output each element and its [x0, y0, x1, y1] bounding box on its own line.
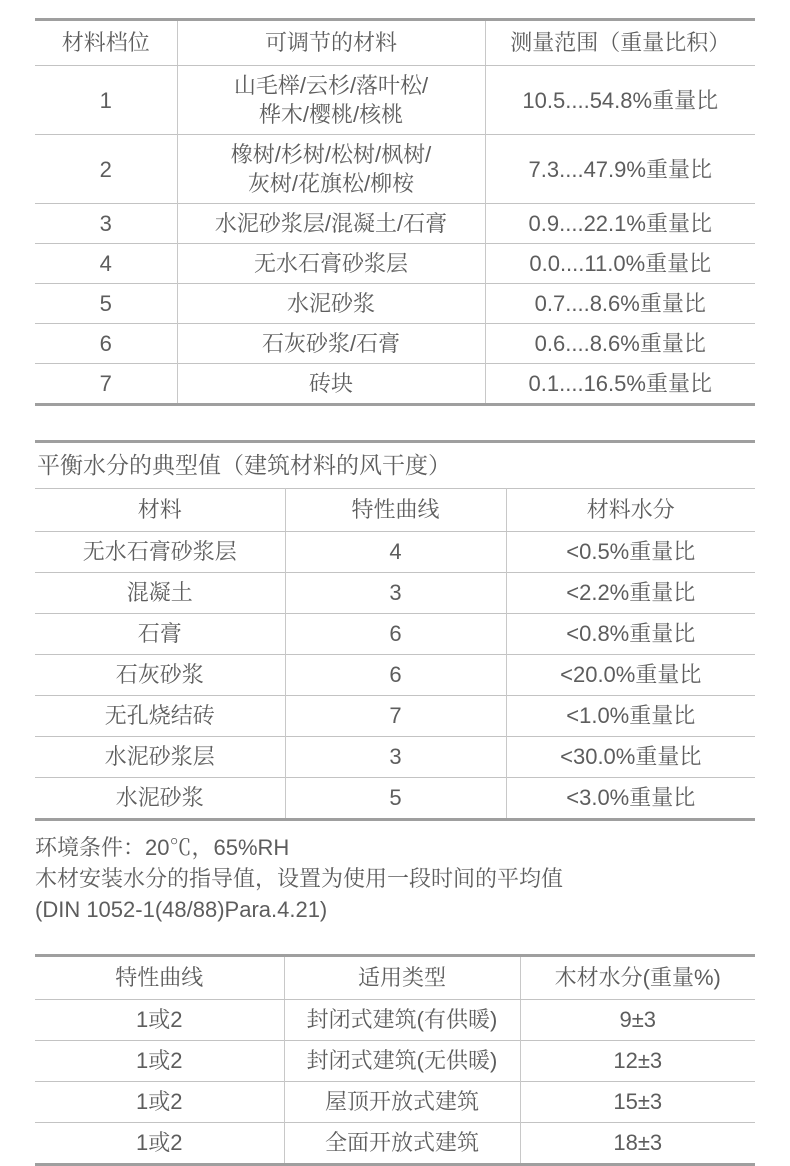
material-gear-table-header: 材料档位 可调节的材料 测量范围（重量比积）: [35, 20, 755, 66]
curve-cell: 3: [285, 737, 506, 778]
table-row: 1 山毛榉/云杉/落叶松/ 桦木/樱桃/核桃 10.5....54.8%重量比: [35, 66, 755, 135]
column-header-gear: 材料档位: [35, 20, 177, 66]
range-cell: 7.3....47.9%重量比: [485, 135, 755, 204]
moisture-cell: <0.5%重量比: [506, 532, 755, 573]
materials-cell: 水泥砂浆层/混凝土/石膏: [177, 204, 485, 244]
materials-cell: 砖块: [177, 364, 485, 405]
material-cell: 石膏: [35, 614, 285, 655]
wood-moisture-cell: 12±3: [520, 1041, 755, 1082]
moisture-cell: <3.0%重量比: [506, 778, 755, 820]
environment-notes: 环境条件：20℃，65%RH 木材安装水分的指导值，设置为使用一段时间的平均值 …: [35, 832, 755, 925]
moisture-cell: <0.8%重量比: [506, 614, 755, 655]
material-cell: 水泥砂浆: [35, 778, 285, 820]
equilibrium-table-header: 材料 特性曲线 材料水分: [35, 489, 755, 532]
table-row: 6 石灰砂浆/石膏 0.6....8.6%重量比: [35, 324, 755, 364]
curve-cell: 7: [285, 696, 506, 737]
gear-cell: 5: [35, 284, 177, 324]
range-cell: 0.0....11.0%重量比: [485, 244, 755, 284]
materials-cell: 橡树/杉树/松树/枫树/ 灰树/花旗松/柳桉: [177, 135, 485, 204]
column-header-building-type: 适用类型: [284, 956, 520, 1000]
material-cell: 无孔烧结砖: [35, 696, 285, 737]
table-row: 1或2 封闭式建筑(有供暖) 9±3: [35, 1000, 755, 1041]
table-row: 3 水泥砂浆层/混凝土/石膏 0.9....22.1%重量比: [35, 204, 755, 244]
wood-moisture-cell: 9±3: [520, 1000, 755, 1041]
table-row: 无孔烧结砖 7 <1.0%重量比: [35, 696, 755, 737]
material-gear-table: 材料档位 可调节的材料 测量范围（重量比积） 1 山毛榉/云杉/落叶松/ 桦木/…: [35, 18, 755, 406]
building-type-cell: 屋顶开放式建筑: [284, 1082, 520, 1123]
note-din-standard: (DIN 1052-1(48/88)Para.4.21): [35, 894, 755, 925]
table-row: 水泥砂浆层 3 <30.0%重量比: [35, 737, 755, 778]
curve-cell: 1或2: [35, 1123, 284, 1165]
table-row: 4 无水石膏砂浆层 0.0....11.0%重量比: [35, 244, 755, 284]
column-header-wood-moisture: 木材水分(重量%): [520, 956, 755, 1000]
column-header-materials: 可调节的材料: [177, 20, 485, 66]
column-header-material: 材料: [35, 489, 285, 532]
material-cell: 混凝土: [35, 573, 285, 614]
curve-cell: 5: [285, 778, 506, 820]
table-row: 无水石膏砂浆层 4 <0.5%重量比: [35, 532, 755, 573]
gear-cell: 2: [35, 135, 177, 204]
equilibrium-table-title: 平衡水分的典型值（建筑材料的风干度）: [35, 443, 755, 488]
column-header-curve: 特性曲线: [35, 956, 284, 1000]
table-row: 1或2 全面开放式建筑 18±3: [35, 1123, 755, 1165]
moisture-cell: <2.2%重量比: [506, 573, 755, 614]
range-cell: 0.6....8.6%重量比: [485, 324, 755, 364]
range-cell: 0.7....8.6%重量比: [485, 284, 755, 324]
note-environment-conditions: 环境条件：20℃，65%RH: [35, 832, 755, 863]
curve-cell: 1或2: [35, 1041, 284, 1082]
wood-moisture-table-header: 特性曲线 适用类型 木材水分(重量%): [35, 956, 755, 1000]
table-row: 1或2 封闭式建筑(无供暖) 12±3: [35, 1041, 755, 1082]
equilibrium-table: 材料 特性曲线 材料水分 无水石膏砂浆层 4 <0.5%重量比 混凝土 3 <2…: [35, 488, 755, 821]
gear-cell: 7: [35, 364, 177, 405]
curve-cell: 6: [285, 655, 506, 696]
building-type-cell: 封闭式建筑(有供暖): [284, 1000, 520, 1041]
wood-moisture-cell: 15±3: [520, 1082, 755, 1123]
gear-cell: 3: [35, 204, 177, 244]
building-type-cell: 全面开放式建筑: [284, 1123, 520, 1165]
column-header-curve: 特性曲线: [285, 489, 506, 532]
curve-cell: 4: [285, 532, 506, 573]
table-row: 2 橡树/杉树/松树/枫树/ 灰树/花旗松/柳桉 7.3....47.9%重量比: [35, 135, 755, 204]
curve-cell: 1或2: [35, 1082, 284, 1123]
moisture-cell: <20.0%重量比: [506, 655, 755, 696]
material-cell: 水泥砂浆层: [35, 737, 285, 778]
wood-moisture-section: 特性曲线 适用类型 木材水分(重量%) 1或2 封闭式建筑(有供暖) 9±3 1…: [35, 954, 755, 1166]
gear-cell: 6: [35, 324, 177, 364]
wood-moisture-cell: 18±3: [520, 1123, 755, 1165]
range-cell: 10.5....54.8%重量比: [485, 66, 755, 135]
column-header-moisture: 材料水分: [506, 489, 755, 532]
range-cell: 0.9....22.1%重量比: [485, 204, 755, 244]
table-header-row: 材料 特性曲线 材料水分: [35, 489, 755, 532]
materials-cell: 无水石膏砂浆层: [177, 244, 485, 284]
materials-cell: 水泥砂浆: [177, 284, 485, 324]
curve-cell: 6: [285, 614, 506, 655]
page: 材料档位 可调节的材料 测量范围（重量比积） 1 山毛榉/云杉/落叶松/ 桦木/…: [0, 0, 790, 1166]
table-header-row: 材料档位 可调节的材料 测量范围（重量比积）: [35, 20, 755, 66]
moisture-cell: <1.0%重量比: [506, 696, 755, 737]
materials-cell: 山毛榉/云杉/落叶松/ 桦木/樱桃/核桃: [177, 66, 485, 135]
equilibrium-section: 平衡水分的典型值（建筑材料的风干度） 材料 特性曲线 材料水分 无水石膏砂浆层 …: [35, 440, 755, 821]
wood-moisture-table: 特性曲线 适用类型 木材水分(重量%) 1或2 封闭式建筑(有供暖) 9±3 1…: [35, 954, 755, 1166]
building-type-cell: 封闭式建筑(无供暖): [284, 1041, 520, 1082]
table-row: 7 砖块 0.1....16.5%重量比: [35, 364, 755, 405]
note-wood-installation-guidance: 木材安装水分的指导值，设置为使用一段时间的平均值: [35, 863, 755, 894]
material-cell: 无水石膏砂浆层: [35, 532, 285, 573]
curve-cell: 1或2: [35, 1000, 284, 1041]
range-cell: 0.1....16.5%重量比: [485, 364, 755, 405]
table-row: 5 水泥砂浆 0.7....8.6%重量比: [35, 284, 755, 324]
table-row: 石膏 6 <0.8%重量比: [35, 614, 755, 655]
table-row: 水泥砂浆 5 <3.0%重量比: [35, 778, 755, 820]
table-row: 石灰砂浆 6 <20.0%重量比: [35, 655, 755, 696]
moisture-cell: <30.0%重量比: [506, 737, 755, 778]
gear-cell: 1: [35, 66, 177, 135]
table-header-row: 特性曲线 适用类型 木材水分(重量%): [35, 956, 755, 1000]
materials-cell: 石灰砂浆/石膏: [177, 324, 485, 364]
column-header-range: 测量范围（重量比积）: [485, 20, 755, 66]
table-row: 1或2 屋顶开放式建筑 15±3: [35, 1082, 755, 1123]
table-row: 混凝土 3 <2.2%重量比: [35, 573, 755, 614]
curve-cell: 3: [285, 573, 506, 614]
material-cell: 石灰砂浆: [35, 655, 285, 696]
gear-cell: 4: [35, 244, 177, 284]
